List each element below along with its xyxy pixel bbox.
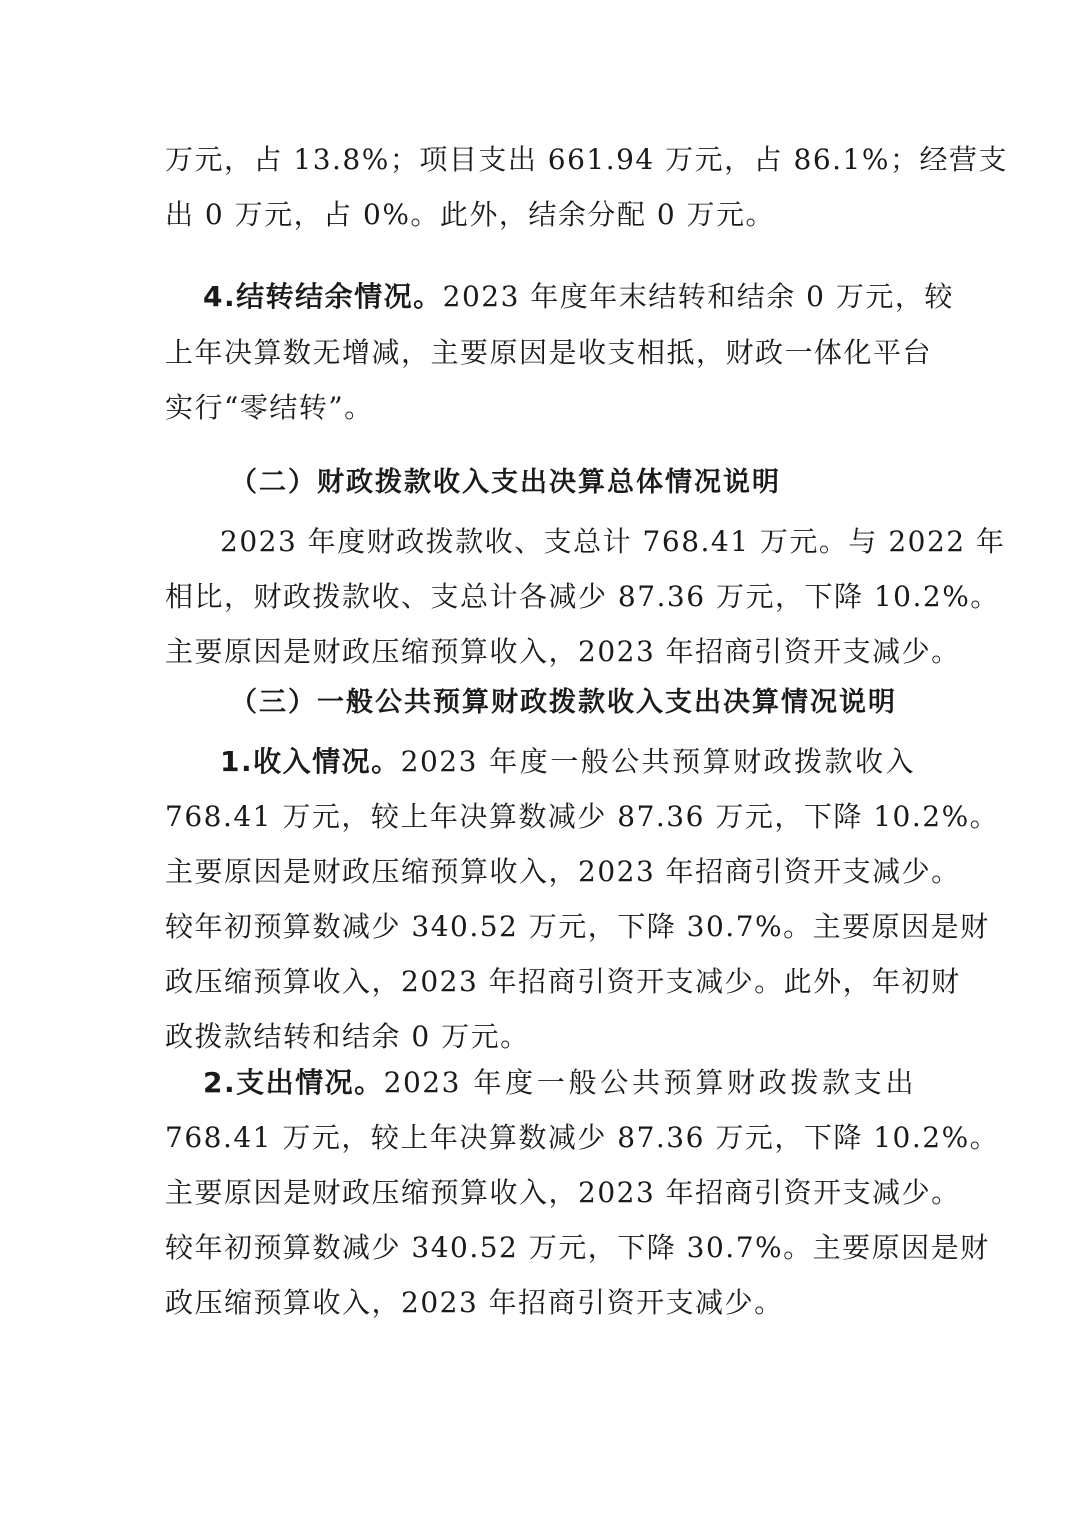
income-paragraph-first-line: 1.收入情况。 2023 年度一般公共预算财政拨款收入 bbox=[220, 742, 915, 782]
expenditure-lead: 2.支出情况。 bbox=[203, 1063, 384, 1103]
expenditure-line-1: 2023 年度一般公共预算财政拨款支出 bbox=[384, 1063, 915, 1103]
income-line-5: 政压缩预算收入，2023 年招商引资开支减少。此外，年初财 bbox=[165, 962, 915, 1002]
expenditure-line-3: 主要原因是财政压缩预算收入，2023 年招商引资开支减少。 bbox=[165, 1173, 915, 1213]
expenditure-line-5: 政压缩预算收入，2023 年招商引资开支减少。 bbox=[165, 1283, 915, 1323]
section-2-heading: （二）财政拨款收入支出决算总体情况说明 bbox=[230, 463, 830, 503]
expenditure-paragraph-first-line: 2.支出情况。 2023 年度一般公共预算财政拨款支出 bbox=[203, 1063, 915, 1103]
section-2-line-1: 2023 年度财政拨款收、支总计 768.41 万元。与 2022 年 bbox=[220, 522, 915, 562]
continuation-line-1: 万元，占 13.8%；项目支出 661.94 万元，占 86.1%；经营支 bbox=[165, 140, 915, 180]
income-line-2: 768.41 万元，较上年决算数减少 87.36 万元，下降 10.2%。 bbox=[165, 797, 915, 837]
carryover-line-2: 上年决算数无增减，主要原因是收支相抵，财政一体化平台 bbox=[165, 333, 915, 373]
income-lead: 1.收入情况。 bbox=[220, 742, 401, 782]
carryover-line-3: 实行“零结转”。 bbox=[165, 388, 915, 428]
document-page: 万元，占 13.8%；项目支出 661.94 万元，占 86.1%；经营支 出 … bbox=[0, 0, 1074, 1520]
section-2-line-3: 主要原因是财政压缩预算收入，2023 年招商引资开支减少。 bbox=[165, 632, 915, 672]
section-2-line-2: 相比，财政拨款收、支总计各减少 87.36 万元，下降 10.2%。 bbox=[165, 577, 915, 617]
expenditure-line-4: 较年初预算数减少 340.52 万元，下降 30.7%。主要原因是财 bbox=[165, 1228, 915, 1268]
continuation-line-2: 出 0 万元，占 0%。此外，结余分配 0 万元。 bbox=[165, 195, 915, 235]
income-line-1: 2023 年度一般公共预算财政拨款收入 bbox=[401, 742, 915, 782]
income-line-6: 政拨款结转和结余 0 万元。 bbox=[165, 1017, 915, 1057]
carryover-paragraph-first-line: 4.结转结余情况。 2023 年度年末结转和结余 0 万元，较 bbox=[203, 277, 915, 317]
income-line-4: 较年初预算数减少 340.52 万元，下降 30.7%。主要原因是财 bbox=[165, 907, 915, 947]
income-line-3: 主要原因是财政压缩预算收入，2023 年招商引资开支减少。 bbox=[165, 852, 915, 892]
section-3-heading: （三）一般公共预算财政拨款收入支出决算情况说明 bbox=[230, 683, 890, 723]
carryover-lead: 4.结转结余情况。 bbox=[203, 277, 443, 317]
carryover-line-1: 2023 年度年末结转和结余 0 万元，较 bbox=[443, 277, 954, 317]
expenditure-line-2: 768.41 万元，较上年决算数减少 87.36 万元，下降 10.2%。 bbox=[165, 1118, 915, 1158]
